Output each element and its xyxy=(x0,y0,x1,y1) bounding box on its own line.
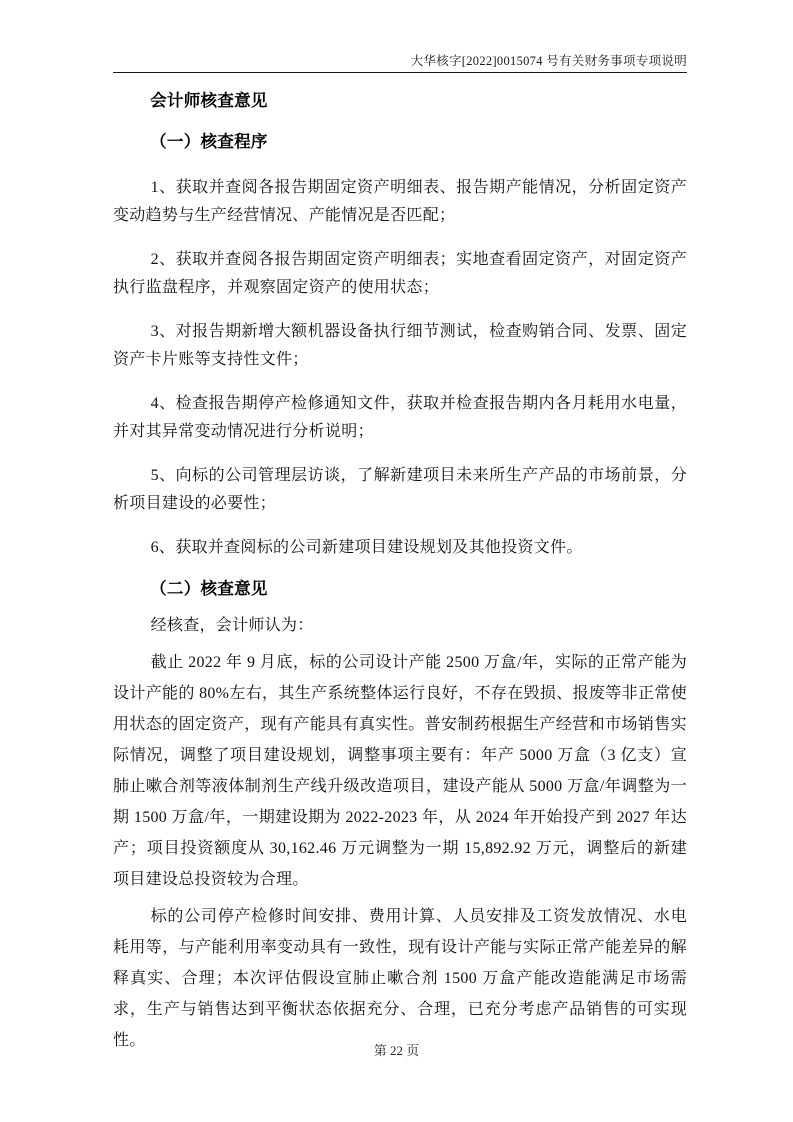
subsection-opinion-title: （二）核查意见 xyxy=(113,578,687,600)
document-page: 大华核字[2022]0015074 号有关财务事项专项说明 会计师核查意见 （一… xyxy=(0,0,793,1122)
subsection-procedures-title: （一）核查程序 xyxy=(113,131,687,153)
header-document-number: 大华核字[2022]0015074 号有关财务事项专项说明 xyxy=(411,54,687,68)
page-footer: 第 22 页 xyxy=(0,1040,793,1059)
section-title: 会计师核查意见 xyxy=(113,90,687,112)
procedure-item-4: 4、检查报告期停产检修通知文件，获取并检查报告期内各月耗用水电量，并对其异常变动… xyxy=(113,390,687,446)
opinion-intro: 经核查，会计师认为： xyxy=(113,610,687,641)
procedure-item-1: 1、获取并查阅各报告期固定资产明细表、报告期产能情况，分析固定资产变动趋势与生产… xyxy=(113,174,687,230)
page-number: 第 22 页 xyxy=(374,1043,420,1058)
document-body: 会计师核查意见 （一）核查程序 1、获取并查阅各报告期固定资产明细表、报告期产能… xyxy=(113,90,687,1062)
opinion-paragraph-1: 截止 2022 年 9 月底，标的公司设计产能 2500 万盒/年，实际的正常产… xyxy=(113,647,687,895)
procedure-item-3: 3、对报告期新增大额机器设备执行细节测试，检查购销合同、发票、固定资产卡片账等支… xyxy=(113,318,687,374)
procedure-item-5: 5、向标的公司管理层访谈，了解新建项目未来所生产产品的市场前景，分析项目建设的必… xyxy=(113,462,687,518)
opinion-paragraph-2: 标的公司停产检修时间安排、费用计算、人员安排及工资发放情况、水电耗用等，与产能利… xyxy=(113,901,687,1056)
page-header: 大华核字[2022]0015074 号有关财务事项专项说明 xyxy=(113,0,687,73)
procedure-item-6: 6、获取并查阅标的公司新建项目建设规划及其他投资文件。 xyxy=(113,534,687,562)
procedure-item-2: 2、获取并查阅各报告期固定资产明细表；实地查看固定资产，对固定资产执行监盘程序，… xyxy=(113,246,687,302)
